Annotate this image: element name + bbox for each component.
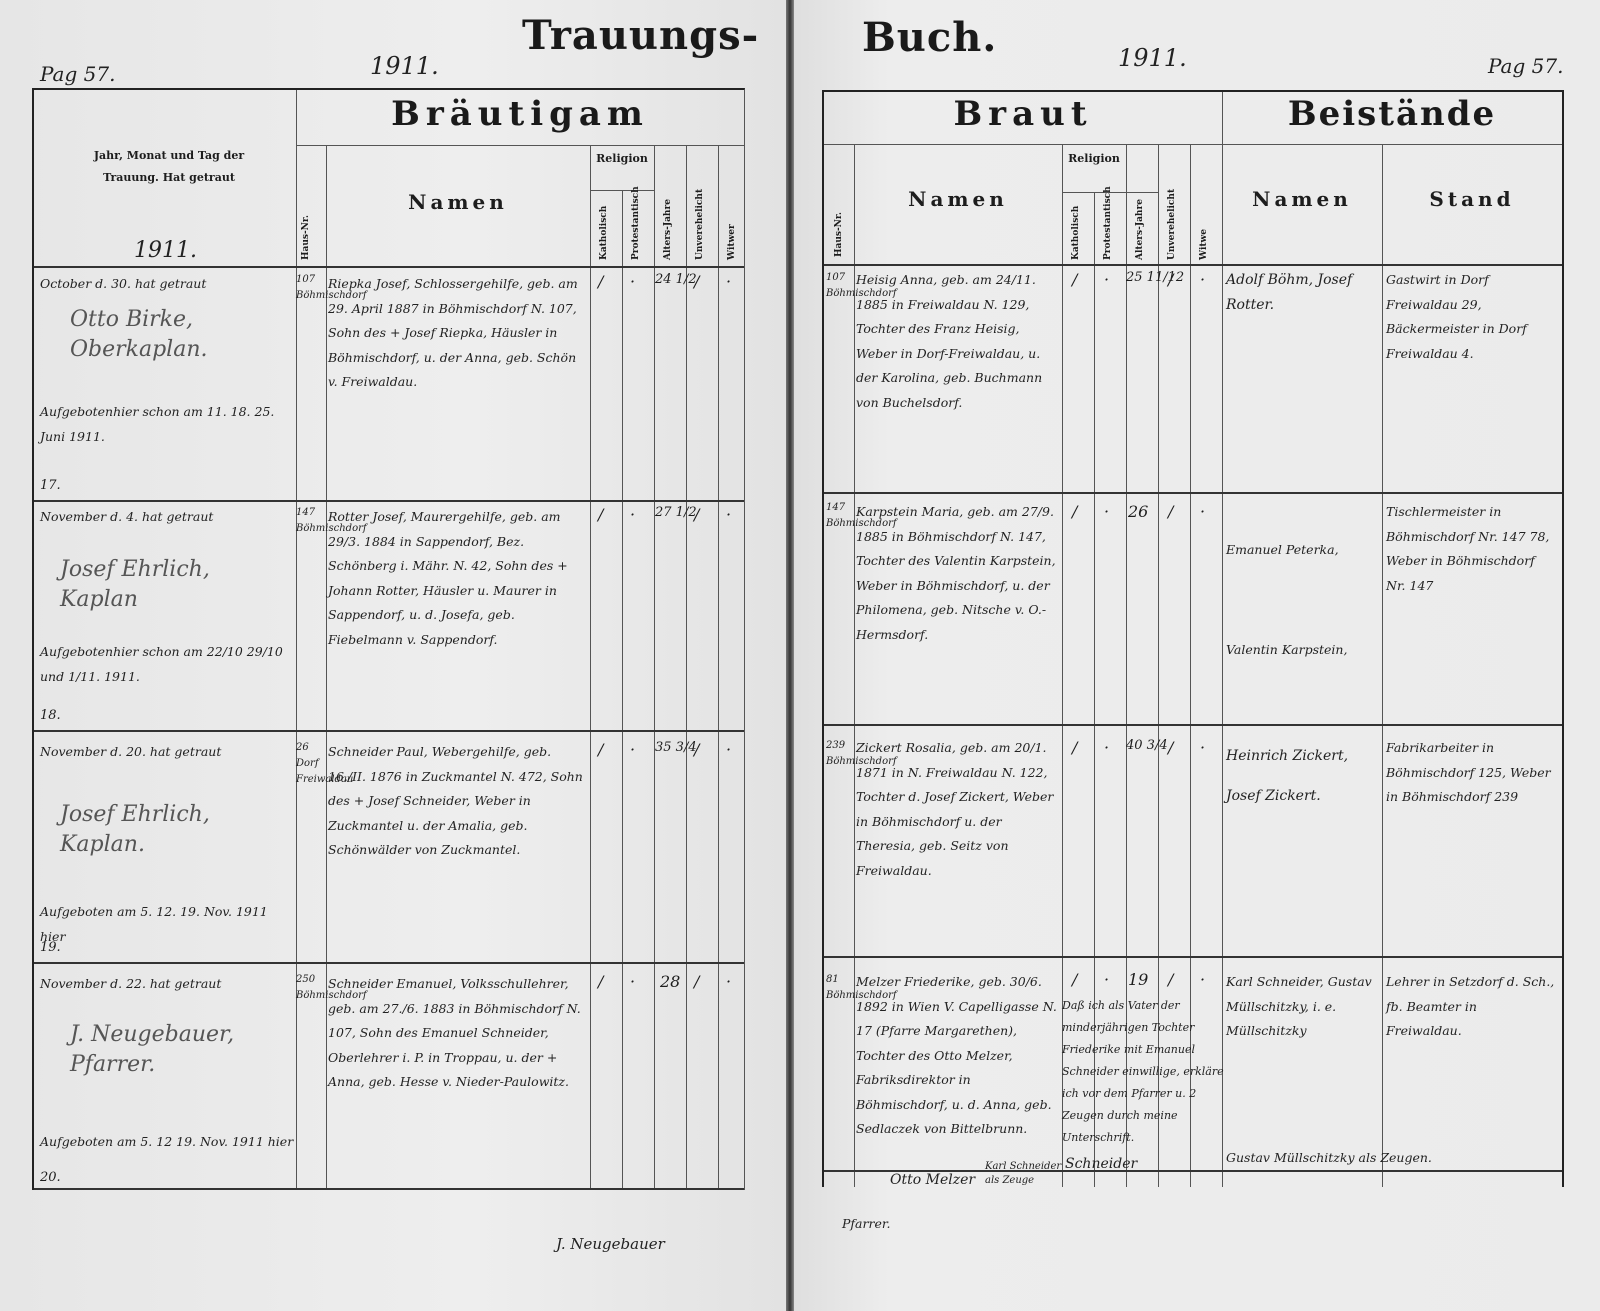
book-gutter bbox=[786, 0, 794, 1311]
groom-witwer-header: Witwer bbox=[727, 190, 737, 260]
witness-namen-header: Namen bbox=[1222, 187, 1382, 211]
bride-haus-nr-header: Haus-Nr. bbox=[834, 202, 844, 257]
officiant-signature: Josef Ehrlich, Kaplan bbox=[60, 555, 260, 615]
book-title-right: Buch. bbox=[862, 14, 997, 61]
witness-names: Adolf Böhm, Josef Rotter. bbox=[1226, 268, 1376, 317]
officiant-signature: Josef Ehrlich, Kaplan. bbox=[60, 800, 260, 860]
groom-katholisch-mark: / bbox=[598, 740, 603, 759]
groom-protestantisch-mark: · bbox=[630, 505, 635, 524]
marriage-date: November d. 22. hat getraut bbox=[40, 972, 295, 997]
bride-protestantisch-mark: · bbox=[1104, 270, 1109, 289]
witnesses-section-header: Beistände bbox=[1222, 94, 1562, 134]
groom-protestantisch-mark: · bbox=[630, 272, 635, 291]
banns-note: Aufgebotenhier schon am 22/10 29/10 und … bbox=[40, 640, 295, 689]
bride-house-number: 147 Böhmischdorf bbox=[826, 500, 852, 532]
groom-house-number: 250 Böhmischdorf bbox=[296, 972, 322, 1004]
groom-details: Schneider Paul, Webergehilfe, geb. 16./I… bbox=[328, 740, 586, 863]
groom-widower-mark: · bbox=[726, 972, 731, 991]
bride-katholisch-mark: / bbox=[1072, 270, 1077, 289]
groom-alter-header: Alters-Jahre bbox=[663, 160, 673, 260]
marriage-date: October d. 30. hat getraut bbox=[40, 272, 295, 297]
witness-occupations: Fabrikarbeiter in Böhmischdorf 125, Webe… bbox=[1386, 736, 1556, 810]
groom-single-mark: / bbox=[694, 972, 699, 991]
groom-details: Riepka Josef, Schlossergehilfe, geb. am … bbox=[328, 272, 586, 395]
bride-age: 19 bbox=[1128, 970, 1148, 989]
bride-details: Melzer Friederike, geb. 30/6. 1892 in Wi… bbox=[856, 970, 1058, 1142]
officiant-signature: Otto Birke, Oberkaplan. bbox=[70, 305, 250, 365]
bride-widow-mark: · bbox=[1200, 502, 1205, 521]
bride-protestantisch-mark: · bbox=[1104, 502, 1109, 521]
bride-protestantisch-header: Protestantisch bbox=[1103, 200, 1113, 260]
groom-protestantisch-header: Protestantisch bbox=[631, 198, 641, 260]
bride-witwe-header: Witwe bbox=[1199, 210, 1209, 260]
witness-names: Heinrich Zickert, Josef Zickert. bbox=[1226, 736, 1376, 816]
entry-number: 20. bbox=[40, 1170, 61, 1185]
witness-karl-signature: Karl Schneider als Zeuge bbox=[985, 1160, 1065, 1188]
banns-note: Aufgeboten am 5. 12 19. Nov. 1911 hier bbox=[40, 1130, 295, 1155]
bride-age: 25 11/12 bbox=[1126, 270, 1184, 285]
marriage-date: November d. 4. hat getraut bbox=[40, 505, 295, 530]
entry-number: 17. bbox=[40, 478, 61, 493]
marriage-date: November d. 20. hat getraut bbox=[40, 740, 295, 765]
bride-single-mark: / bbox=[1168, 270, 1173, 289]
groom-katholisch-mark: / bbox=[598, 272, 603, 291]
groom-protestantisch-mark: · bbox=[630, 740, 635, 759]
groom-katholisch-header: Katholisch bbox=[599, 198, 609, 260]
officiant-signature: J. Neugebauer, Pfarrer. bbox=[70, 1020, 270, 1080]
date-column-header: Jahr, Monat und Tag der Trauung. Hat get… bbox=[74, 145, 264, 189]
bride-house-number: 239 Böhmischdorf bbox=[826, 738, 852, 770]
pfarrer-signature: J. Neugebauer bbox=[556, 1232, 665, 1257]
bride-protestantisch-mark: · bbox=[1104, 738, 1109, 757]
groom-religion-header: Religion bbox=[590, 148, 654, 170]
father-signature: Otto Melzer bbox=[890, 1168, 975, 1193]
groom-widower-mark: · bbox=[726, 505, 731, 524]
year-left: 1911. bbox=[370, 52, 439, 80]
bride-house-number: 81 Böhmischdorf bbox=[826, 972, 852, 1004]
groom-signature: Schneider bbox=[1065, 1152, 1137, 1177]
groom-age: 28 bbox=[660, 972, 680, 991]
entry-number: 19. bbox=[40, 940, 61, 955]
bride-namen-header: Namen bbox=[854, 187, 1062, 211]
year-right: 1911. bbox=[1118, 44, 1187, 72]
groom-age: 24 1/2 bbox=[655, 272, 697, 287]
witness-occupations: Lehrer in Setzdorf d. Sch., fb. Beamter … bbox=[1386, 970, 1556, 1044]
bride-unverehelicht-header: Unverehelicht bbox=[1167, 160, 1177, 260]
page-number-left: Pag 57. bbox=[40, 62, 115, 86]
bride-details: Karpstein Maria, geb. am 27/9. 1885 in B… bbox=[856, 500, 1058, 647]
bride-religion-header: Religion bbox=[1062, 148, 1126, 170]
groom-namen-header: Namen bbox=[326, 190, 590, 214]
banns-note: Aufgebotenhier schon am 11. 18. 25. Juni… bbox=[40, 400, 295, 449]
groom-single-mark: / bbox=[694, 740, 699, 759]
bride-katholisch-mark: / bbox=[1072, 502, 1077, 521]
bride-katholisch-mark: / bbox=[1072, 970, 1077, 989]
groom-house-number: 107 Böhmischdorf bbox=[296, 272, 322, 304]
bride-age: 40 3/4 bbox=[1126, 738, 1168, 753]
book-title-left: Trauungs- bbox=[522, 12, 759, 59]
banns-note: Aufgeboten am 5. 12. 19. Nov. 1911 hier bbox=[40, 900, 295, 949]
groom-house-number: 26 Dorf Freiwaldau bbox=[296, 740, 322, 788]
bride-single-mark: / bbox=[1168, 970, 1173, 989]
groom-widower-mark: · bbox=[726, 272, 731, 291]
groom-single-mark: / bbox=[694, 272, 699, 291]
witness-names: Emanuel Peterka, Valentin Karpstein, bbox=[1226, 500, 1376, 700]
groom-single-mark: / bbox=[694, 505, 699, 524]
bride-widow-mark: · bbox=[1200, 970, 1205, 989]
bride-details: Heisig Anna, geb. am 24/11. 1885 in Frei… bbox=[856, 268, 1058, 415]
page-number-right: Pag 57. bbox=[1488, 54, 1563, 78]
bride-single-mark: / bbox=[1168, 502, 1173, 521]
bride-house-number: 107 Böhmischdorf bbox=[826, 270, 852, 302]
witness-closing-signature: Gustav Müllschitzky als Zeugen. bbox=[1226, 1146, 1556, 1171]
groom-widower-mark: · bbox=[726, 740, 731, 759]
haus-nr-header: Haus-Nr. bbox=[301, 205, 311, 260]
bride-single-mark: / bbox=[1168, 738, 1173, 757]
date-column-year: 1911. bbox=[134, 238, 197, 263]
witness-occupations: Gastwirt in Dorf Freiwaldau 29, Bäckerme… bbox=[1386, 268, 1556, 366]
bride-protestantisch-mark: · bbox=[1104, 970, 1109, 989]
groom-house-number: 147 Böhmischdorf bbox=[296, 505, 322, 537]
bride-details: Zickert Rosalia, geb. am 20/1. 1871 in N… bbox=[856, 736, 1058, 883]
groom-unverehelicht-header: Unverehelicht bbox=[695, 160, 705, 260]
groom-age: 35 3/4 bbox=[655, 740, 697, 755]
pfarrer-label: Pfarrer. bbox=[842, 1212, 890, 1237]
bride-alter-header: Alters-Jahre bbox=[1135, 160, 1145, 260]
groom-katholisch-mark: / bbox=[598, 505, 603, 524]
groom-details: Schneider Emanuel, Volksschullehrer, geb… bbox=[328, 972, 586, 1095]
bride-widow-mark: · bbox=[1200, 738, 1205, 757]
groom-katholisch-mark: / bbox=[598, 972, 603, 991]
groom-details: Rotter Josef, Maurergehilfe, geb. am 29/… bbox=[328, 505, 586, 652]
bride-katholisch-mark: / bbox=[1072, 738, 1077, 757]
groom-age: 27 1/2 bbox=[655, 505, 697, 520]
groom-protestantisch-mark: · bbox=[630, 972, 635, 991]
bride-age: 26 bbox=[1128, 502, 1148, 521]
witness-stand-header: Stand bbox=[1382, 187, 1562, 211]
bride-father-consent-note: Daß ich als Vater der minderjährigen Toc… bbox=[1062, 995, 1227, 1149]
bride-section-header: Braut bbox=[824, 94, 1222, 134]
witness-occupations: Tischlermeister in Böhmischdorf Nr. 147 … bbox=[1386, 500, 1556, 598]
witness-names: Karl Schneider, Gustav Müllschitzky, i. … bbox=[1226, 970, 1376, 1044]
bride-widow-mark: · bbox=[1200, 270, 1205, 289]
entry-number: 18. bbox=[40, 708, 61, 723]
groom-section-header: Bräutigam bbox=[296, 94, 744, 134]
bride-katholisch-header: Katholisch bbox=[1071, 200, 1081, 260]
